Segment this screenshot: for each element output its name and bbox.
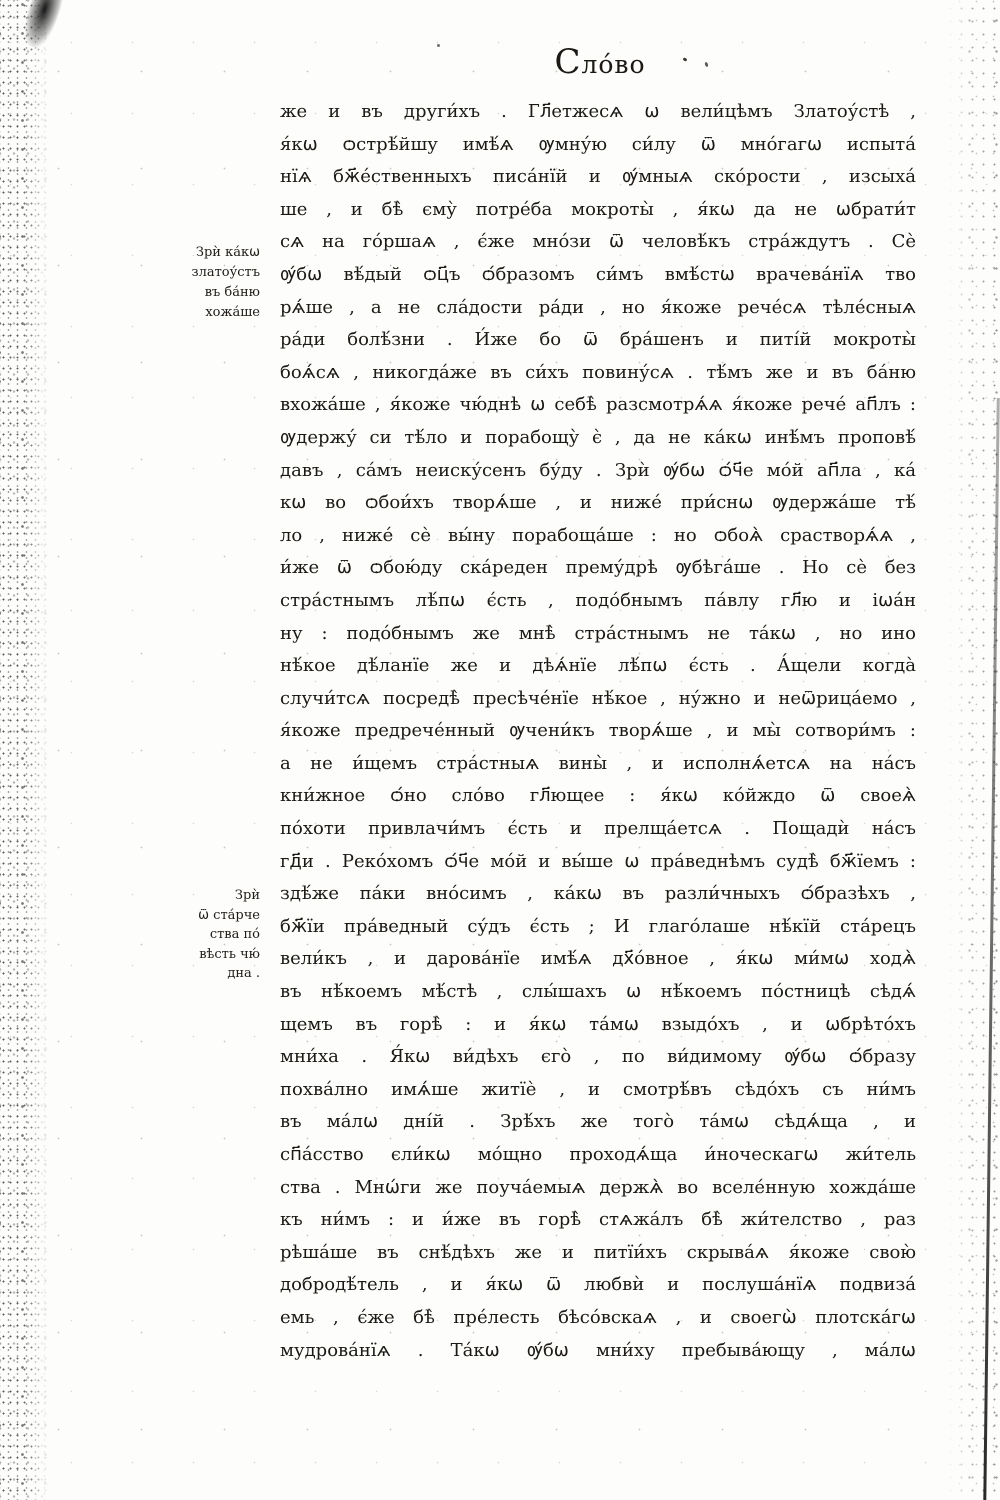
body-text-line: стра́стнымъ лѣ́пѡ є́сть , подо́бнымъ па́…: [280, 585, 916, 618]
body-text-line: я́кѡ ѻстрѣ́йшу имѣ́ѧ ѹмну́ю си́лу ѿ мно́…: [280, 129, 916, 162]
body-text-line: добродѣ́тель , и я́кѡ ѿ любвѝ и послуша́…: [280, 1269, 916, 1302]
margin-note-line: Зрѝ ка́кѡ: [120, 243, 260, 263]
margin-note-line: златоу́стъ: [120, 263, 260, 283]
scan-noise-right-band: [942, 0, 1000, 1500]
body-text-line: къ ни́мъ : и и́же въ горѣ̀ стѧжа́лъ бѣ̀ …: [280, 1204, 916, 1237]
body-text-line: рѣша́ше въ снѣ́дѣхъ же и питїи́хъ скрыва…: [280, 1237, 916, 1270]
body-text-line: похва́лно имѧ́ше житїѐ , и смотрѣ́въ сѣд…: [280, 1074, 916, 1107]
body-text-line: нїѧ бж҃е́ственныхъ писа́нїй и ѹ́мныѧ ско…: [280, 161, 916, 194]
margin-note-line: въ ба́ню: [120, 283, 260, 303]
body-text-line: ну : подо́бнымъ же мнѣ̀ стра́стнымъ не т…: [280, 618, 916, 651]
scanned-book-page: Сло́во Зрѝ ка́кѡзлатоу́стъвъ ба́нюхожа́ш…: [0, 0, 1000, 1500]
margin-note-line: ѿ ста́рче: [120, 906, 260, 926]
body-text-line: случи́тсѧ посредѣ̀ пресѣче́нїе нѣ́кое , …: [280, 683, 916, 716]
body-text-block: же и въ други́хъ . Гл҃етжесѧ ѡ вели́цѣмъ…: [280, 96, 916, 1367]
body-text-line: а не и́щемъ стра́стныѧ вины̀ , и исполнѧ…: [280, 748, 916, 781]
scan-page-edge-line: [983, 398, 1000, 1500]
body-text-line: здѣ́же па́ки вно́симъ , ка́кѡ въ разли́ч…: [280, 878, 916, 911]
body-text-line: кни́жное ѻ́но сло́во гл҃ющее : я́кѡ ко́й…: [280, 780, 916, 813]
body-text-line: щемъ въ горѣ̀ : и я́кѡ та́мѡ взыдо́хъ , …: [280, 1009, 916, 1042]
margin-note-line: Зрѝ: [120, 886, 260, 906]
body-text-line: ѹдержу́ си тѣ́ло и порабощу̀ є̀ , да не …: [280, 422, 916, 455]
page-heading: Сло́во: [280, 42, 920, 82]
body-text-line: же и въ други́хъ . Гл҃етжесѧ ѡ вели́цѣмъ…: [280, 96, 916, 129]
body-text-line: въ нѣ́коемъ мѣ́стѣ , слы́шахъ ѡ нѣ́коемъ…: [280, 976, 916, 1009]
body-text-line: боѧ́сѧ , никогда́же въ си́хъ повину́сѧ .…: [280, 357, 916, 390]
body-text-line: въ ма́лѡ дні́й . Зрѣ́хъ же того̀ та́мѡ с…: [280, 1106, 916, 1139]
body-text-line: ѹ́бѡ вѣ́дый ѻц҃ъ ѻ́бразомъ си́мъ вмѣ́стѡ…: [280, 259, 916, 292]
margin-note-line: ства по́: [120, 925, 260, 945]
margin-note-line: дна .: [120, 964, 260, 984]
body-text-line: по́хоти привлачи́мъ є́сть и прелща́етсѧ …: [280, 813, 916, 846]
body-text-line: бж҃їи пра́ведный су́дъ є́сть ; И глаго́л…: [280, 911, 916, 944]
body-text-line: давъ , са́мъ неиску́сенъ бу́ду . Зрѝ ѹ́б…: [280, 455, 916, 488]
body-text-line: мни́ха . Я́кѡ ви́дѣхъ єго̀ , по ви́димом…: [280, 1041, 916, 1074]
body-text-line: рѧ́ше , а не сла́дости ра́ди , но я́коже…: [280, 292, 916, 325]
body-text-line: нѣ́кое дѣ́ланїе же и дѣѧ́нїе лѣ́пѡ є́сть…: [280, 650, 916, 683]
body-text-line: и́же ѿ ѻбою́ду ска́реден прему́дрѣ ѹбѣга…: [280, 552, 916, 585]
body-text-line: вели́къ , и дарова́нїе имѣ́ѧ дх҃о́вное ,…: [280, 943, 916, 976]
body-text-line: гд҃и . Реко́хомъ ѻ́ч҃е мо́й и вы́ше ѡ пр…: [280, 846, 916, 879]
body-text-line: ше , и бѣ̀ єму̀ потре́ба мокроты̀ , я́кѡ…: [280, 194, 916, 227]
body-text-line: емь , є́же бѣ̀ пре́лесть бѣсо́вскаѧ , и …: [280, 1302, 916, 1335]
body-text-line: я́коже предрече́нный ѹчени́къ творѧ́ше ,…: [280, 715, 916, 748]
scan-ink-blot: [18, 0, 64, 51]
body-text-line: кѡ во ѻбои́хъ творѧ́ше , и ниже́ при́снѡ…: [280, 487, 916, 520]
margin-note-line: хожа́ше: [120, 303, 260, 323]
body-text-line: ло , ниже́ сѐ вы́ну порабоща́ше : но ѻбо…: [280, 520, 916, 553]
body-text-line: сп҃а́сство єли́кѡ мо́щно проходѧ́ща и́но…: [280, 1139, 916, 1172]
body-text-line: мудрова́нїѧ . Та́кѡ ѹ́бѡ мни́ху пребыва́…: [280, 1335, 916, 1368]
margin-note-chrysostom-bath: Зрѝ ка́кѡзлатоу́стъвъ ба́нюхожа́ше: [120, 243, 260, 323]
scan-noise-left-band: [0, 0, 52, 1500]
margin-note-starchestvo-tale: Зрѝѿ ста́рчества по́вѣсть чю́дна .: [120, 886, 260, 984]
body-text-line: сѧ на го́ршаѧ , є́же мно́зи ѿ человѣ́къ …: [280, 226, 916, 259]
body-text-line: ства . Мнѡ́ги же поуча́емыѧ держѧ̀ во вс…: [280, 1172, 916, 1205]
margin-note-line: вѣсть чю́: [120, 945, 260, 965]
body-text-line: вхожа́ше , я́коже чю́днѣ ѡ себѣ̀ разсмот…: [280, 389, 916, 422]
body-text-line: ра́ди болѣ́зни . И́же бо ѿ бра́шенъ и пи…: [280, 324, 916, 357]
